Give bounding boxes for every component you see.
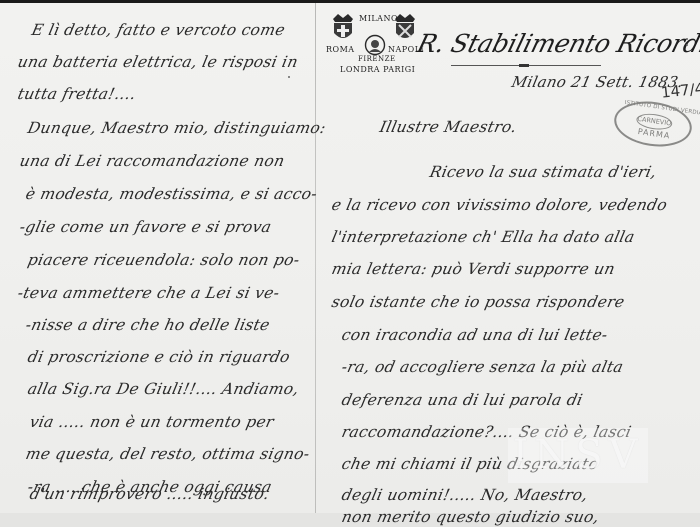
right-line-3: l'interpretazione ch' Ella ha dato alla	[330, 228, 636, 246]
left-line-3: tutta fretta!....	[16, 85, 138, 103]
coat-of-arms-icon	[330, 13, 356, 43]
paper-speck	[686, 38, 688, 40]
salutation: Illustre Maestro.	[378, 118, 519, 136]
left-line-2: una batteria elettrica, le risposi in	[16, 53, 300, 71]
archive-stamp: ISTITUTO DI STUDI VERDIANI CARNEVIO PARM…	[611, 97, 694, 151]
paper-speck	[288, 76, 290, 78]
right-line-1: Ricevo la sua stimata d'ieri,	[428, 163, 658, 181]
letterhead-city-milano: MILANO	[359, 14, 398, 23]
left-line-14: me questa, del resto, ottima signo-	[24, 445, 311, 463]
letterhead-company-name: R. Stabilimento Ricordi	[414, 29, 700, 58]
left-line-5: una di Lei raccomandazione non	[18, 152, 286, 170]
paper-speck	[142, 296, 144, 298]
left-line-12: alla Sig.ra De Giuli!!.... Andiamo,	[26, 380, 301, 398]
letterhead-city-roma: ROMA	[326, 45, 355, 54]
right-page: MILANO ROMA NAPOLI FIRENZE LONDRA PARIGI…	[316, 3, 700, 513]
left-line-1: E lì detto, fatto e vercoto come	[30, 21, 287, 39]
right-line-2: e la ricevo con vivissimo dolore, vedend…	[330, 196, 669, 214]
left-line-8: piacere riceuendola: solo non po-	[26, 251, 301, 269]
letterhead-city-londra-parigi: LONDRA PARIGI	[340, 65, 415, 74]
right-line-5: solo istante che io possa rispondere	[330, 293, 626, 311]
left-line-10: -nisse a dire che ho delle liste	[24, 316, 272, 334]
paper-speck	[686, 44, 688, 46]
date-line: Milano 21 Sett. 1883.	[510, 73, 685, 91]
left-line-13: via ..... non è un tormento per	[28, 413, 276, 431]
archive-watermark: INSV	[508, 428, 648, 483]
letterhead-rule	[451, 65, 601, 66]
stamp-city: PARMA	[637, 127, 671, 140]
right-line-7: -ra, od accogliere senza la più alta	[340, 358, 625, 376]
left-line-9: -teva ammettere che a Lei si ve-	[16, 284, 281, 302]
right-line-4: mia lettera: può Verdi supporre un	[330, 260, 617, 278]
left-line-7: -glie come un favore e si prova	[18, 218, 273, 236]
left-line-11: di proscrizione e ciò in riguardo	[26, 348, 292, 366]
left-line-6: è modesta, modestissima, e si acco-	[24, 185, 319, 203]
letterhead-crest: MILANO ROMA NAPOLI FIRENZE LONDRA PARIGI	[326, 7, 424, 75]
letterhead-city-firenze: FIRENZE	[358, 55, 396, 63]
right-line-8: deferenza una di lui parola di	[340, 391, 584, 409]
left-line-4: Dunque, Maestro mio, distinguiamo:	[26, 119, 328, 137]
right-line-6: con iracondia ad una di lui lette-	[340, 326, 609, 344]
right-line-12: non merito questo giudizio suo,	[340, 508, 601, 526]
left-page: E lì detto, fatto e vercoto come una bat…	[0, 3, 315, 513]
left-line-16-visible: d'un rimprovero ..... ingiusto.	[28, 485, 271, 503]
right-line-11: degli uomini!..... No, Maestro,	[340, 486, 590, 504]
medallion-icon	[364, 34, 386, 56]
